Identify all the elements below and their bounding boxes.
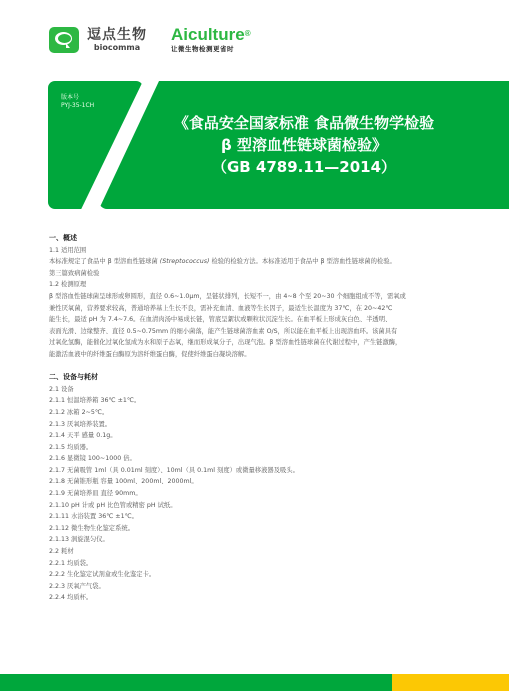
consumable-item: 2.2.1 均质袋。 <box>49 558 469 570</box>
consumable-item: 2.2.3 厌氧产气袋。 <box>49 581 469 593</box>
footer-bar-green <box>0 674 392 691</box>
document-title: 《食品安全国家标准 食品微生物学检验 β 型溶血性链球菌检验》 （GB 4789… <box>99 112 509 178</box>
brand-slogan: 让微生物检测更省时 <box>171 45 251 54</box>
scope-text-2: 第三篇致病菌检验 <box>49 268 469 280</box>
consumable-item: 2.2.4 均质杯。 <box>49 592 469 604</box>
principle-line: 过氧化氢酶，能催化过氧化氢成为水和原子态氧，继而形成氧分子，出现气泡。β 型溶血… <box>49 337 469 349</box>
subsection-scope-title: 1.1 适用范围 <box>49 245 469 257</box>
company-name-cn: 逗点生物 <box>87 27 147 43</box>
principle-line: β 型溶血性链球菌呈球形或卵圆形，直径 0.6~1.0μm，呈链状排列，长短不一… <box>49 291 469 303</box>
registered-mark: ® <box>245 29 251 38</box>
brand-name: Aiculture <box>171 25 245 44</box>
equipment-item: 2.1.6 显微镜 100~1000 倍。 <box>49 453 469 465</box>
equipment-item: 2.1.4 天平 感量 0.1g。 <box>49 430 469 442</box>
principle-line: 能激活血液中的纤维蛋白酶原为溶纤维蛋白酶，促使纤维蛋白凝块溶解。 <box>49 349 469 361</box>
equipment-item: 2.1.13 涡旋混匀仪。 <box>49 534 469 546</box>
version-label: 版本号 <box>61 94 79 102</box>
equipment-item: 2.1.5 均质器。 <box>49 442 469 454</box>
equipment-item: 2.1.8 无菌锥形瓶 容量 100ml、200ml、2000ml。 <box>49 476 469 488</box>
company-name-en: biocomma <box>94 43 140 53</box>
equipment-item: 2.1.9 无菌培养皿 直径 90mm。 <box>49 488 469 500</box>
footer-bar-yellow <box>392 674 509 691</box>
consumable-item: 2.2.2 生化鉴定试剂盒或生化鉴定卡。 <box>49 569 469 581</box>
principle-line: 表面光滑、边缘整齐、直径 0.5~0.75mm 的细小菌落，能产生链球菌溶血素 … <box>49 326 469 338</box>
equipment-item: 2.1.3 厌氧培养装置。 <box>49 419 469 431</box>
company-logo: 逗点生物 biocomma <box>49 27 147 53</box>
equipment-item: 2.1.7 无菌吸管 1ml（具 0.01ml 刻度）、10ml（具 0.1ml… <box>49 465 469 477</box>
equipment-item: 2.1.2 冰箱 2~5℃。 <box>49 407 469 419</box>
equipment-item: 2.1.1 恒温培养箱 36℃ ±1℃。 <box>49 395 469 407</box>
version-code: PYJ-35-1CH <box>61 102 94 110</box>
equipment-item: 2.1.10 pH 计或 pH 比色管或精密 pH 试纸。 <box>49 500 469 512</box>
section-heading-overview: 一、概述 <box>49 233 469 245</box>
scope-text-latin: (Streptococcus) <box>160 258 210 265</box>
principle-line: 兼性厌氧菌，营养要求较高，普通培养基上生长不良，需补充血清、血液等生长因子，最适… <box>49 303 469 315</box>
section-heading-equipment: 二、设备与耗材 <box>49 372 469 384</box>
equipment-item: 2.1.11 水浴装置 36℃ ±1℃。 <box>49 511 469 523</box>
scope-text: 本标准规定了食品中 β 型溶血性链球菌 (Streptococcus) 检验的检… <box>49 256 469 268</box>
scope-text-b: 检验的检验方法。本标准适用于食品中 β 型溶血性链球菌的检验。 <box>209 258 395 265</box>
scope-text-a: 本标准规定了食品中 β 型溶血性链球菌 <box>49 258 160 265</box>
subsection-principle-title: 1.2 检测原理 <box>49 279 469 291</box>
title-line-3: （GB 4789.11—2014） <box>99 156 509 178</box>
subsection-consumables-title: 2.2 耗材 <box>49 546 469 558</box>
principle-line: 能生长，最适 pH 为 7.4~7.6。在血清肉汤中易成长链，管底呈絮状或颗粒状… <box>49 314 469 326</box>
speech-bubble-icon <box>49 27 79 53</box>
title-line-1: 《食品安全国家标准 食品微生物学检验 <box>51 112 509 134</box>
subsection-equipment-title: 2.1 设备 <box>49 384 469 396</box>
title-line-2: β 型溶血性链球菌检验》 <box>99 134 509 156</box>
equipment-item: 2.1.12 微生物生化鉴定系统。 <box>49 523 469 535</box>
product-logo: Aiculture® 让微生物检测更省时 <box>171 25 251 54</box>
document-body: 一、概述 1.1 适用范围 本标准规定了食品中 β 型溶血性链球菌 (Strep… <box>49 233 469 604</box>
